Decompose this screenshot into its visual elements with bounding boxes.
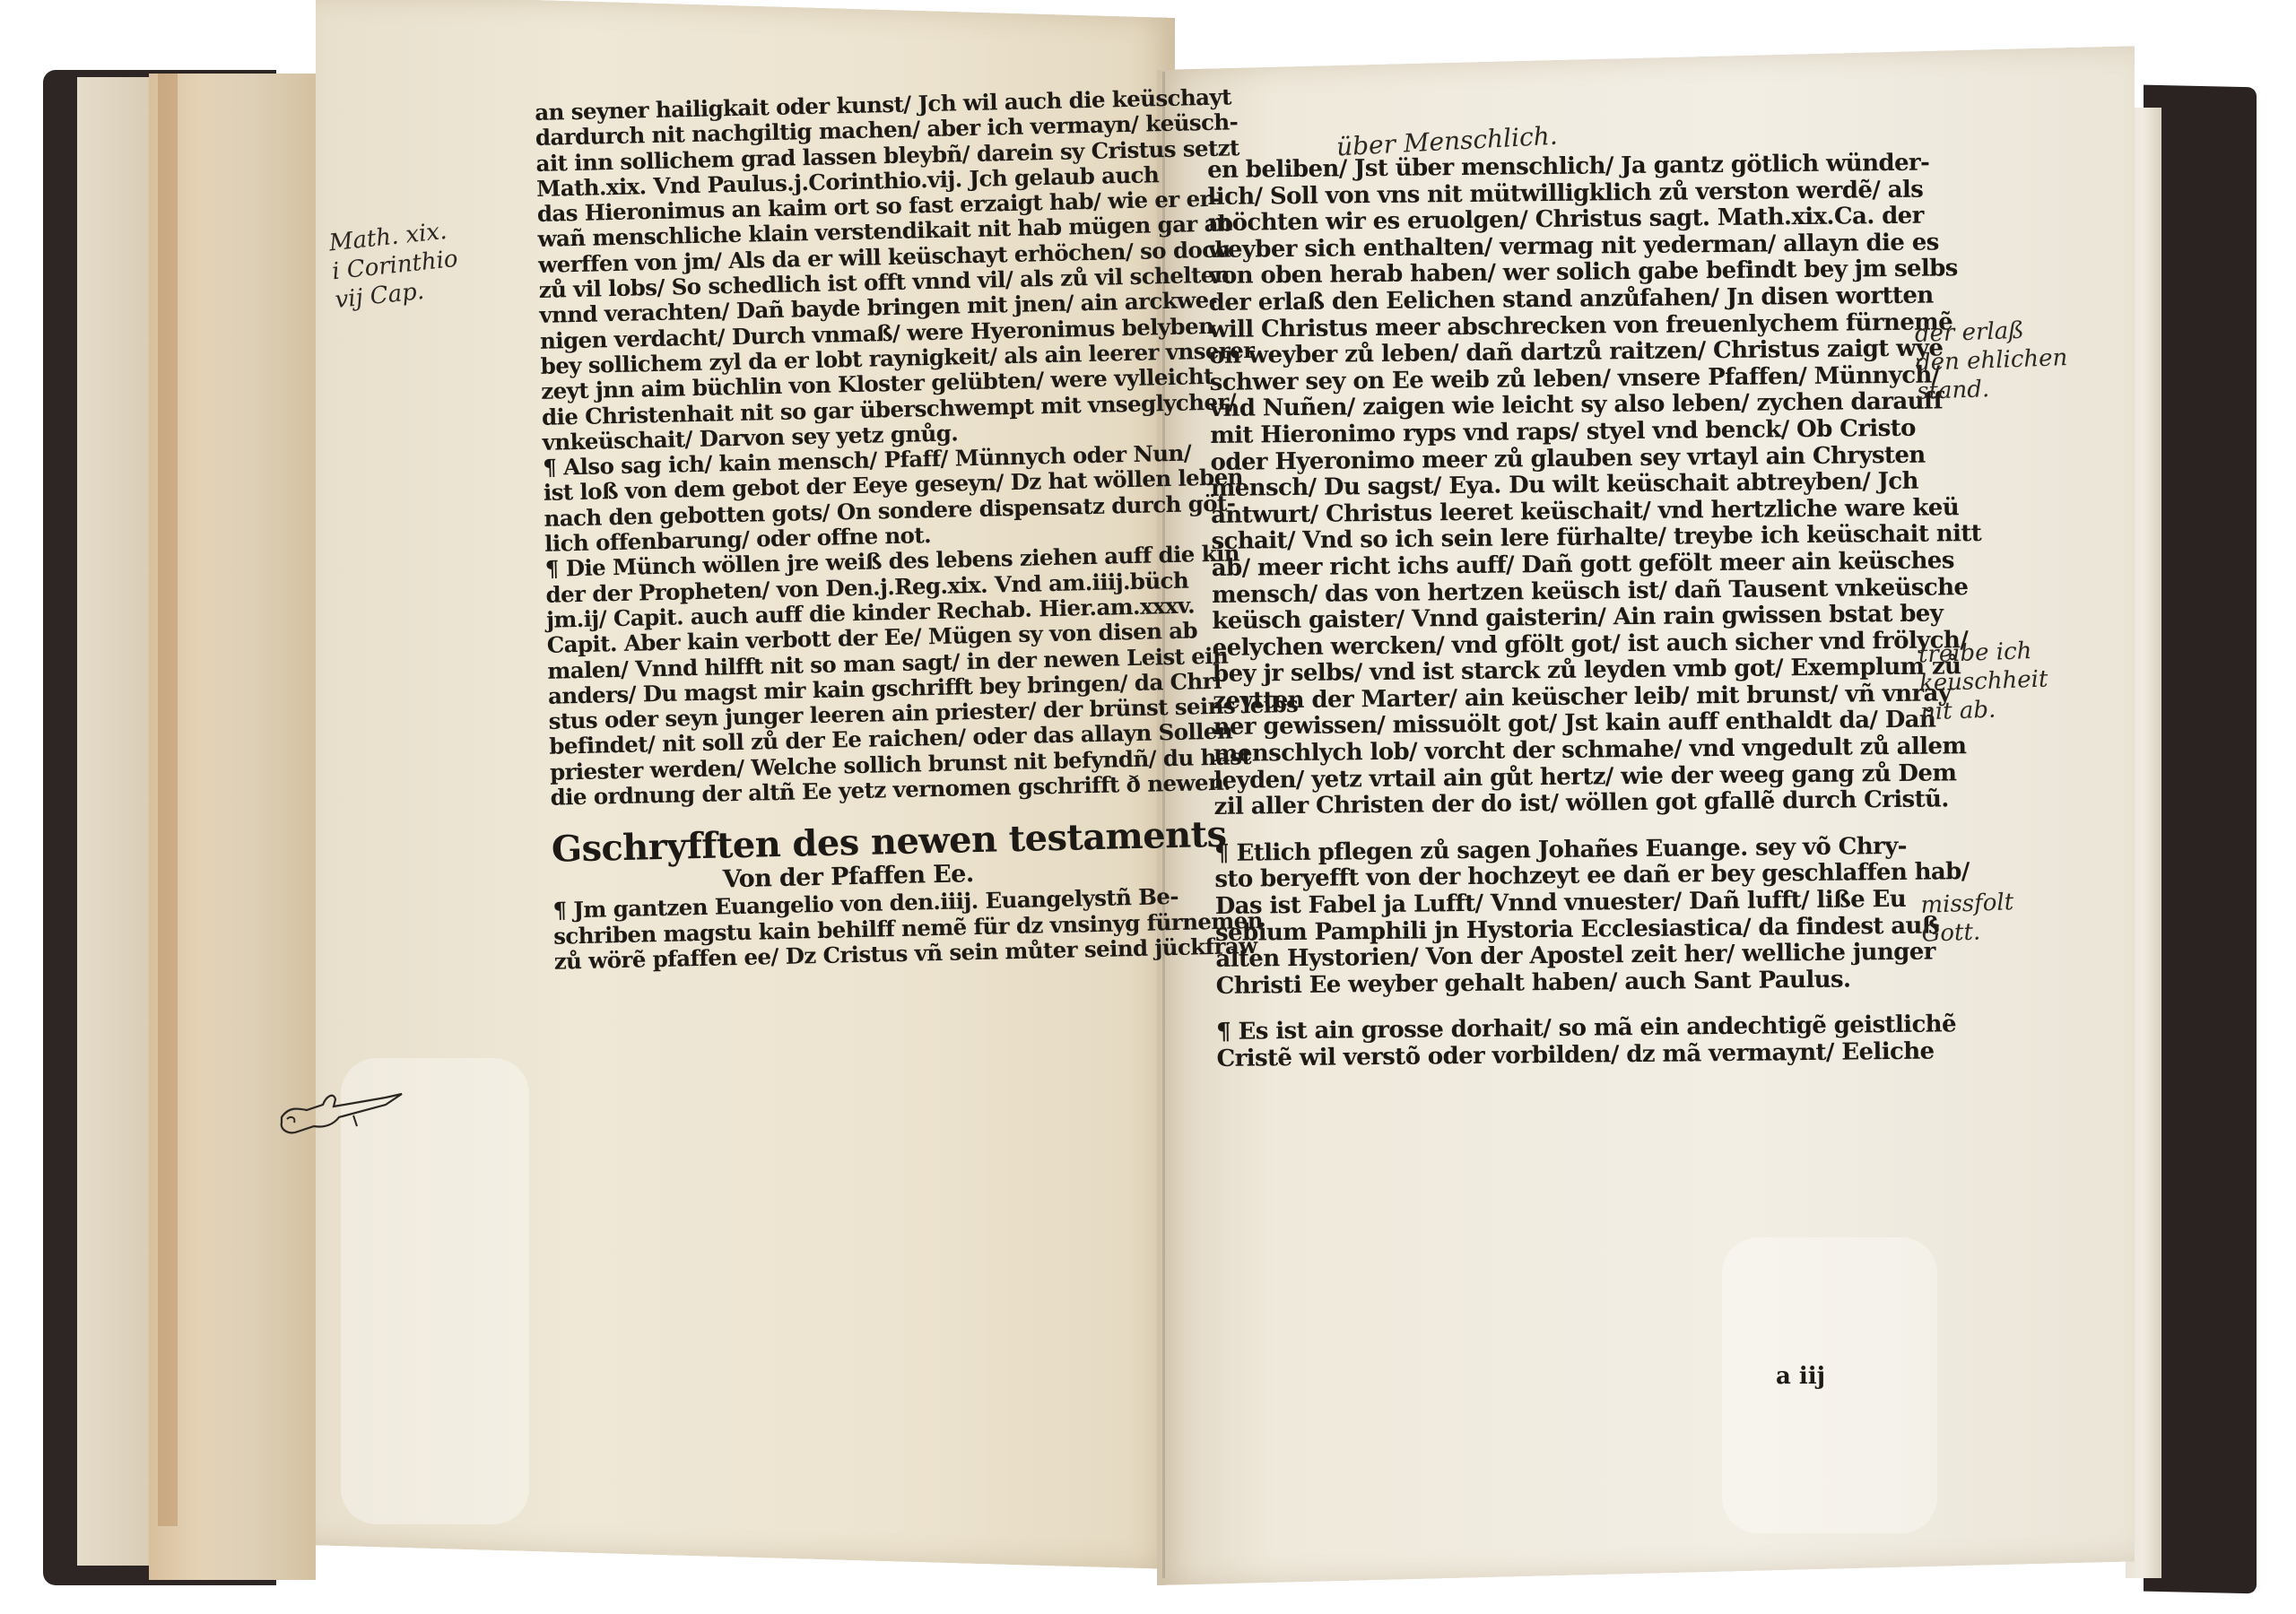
marginal-note-right-2: treibe ich keuschheit nit ab. xyxy=(1918,637,2049,727)
note-line: treibe ich xyxy=(1918,637,2047,670)
water-stain xyxy=(158,74,178,1526)
note-line: stand. xyxy=(1917,372,2069,406)
note-line: den ehlichen xyxy=(1915,343,2067,377)
flyleaf-left xyxy=(77,77,149,1566)
right-page-text: en beliben/ Jst über menschlich/ Ja gant… xyxy=(1207,151,1909,1073)
marginal-note-left: Math. xix. i Corinthio vij Cap. xyxy=(327,216,462,315)
left-page-text: an seyner hailigkait oder kunst/ Jch wil… xyxy=(535,87,1146,975)
marginal-note-right-1: der erlaß den ehlichen stand. xyxy=(1914,315,2068,406)
signature-mark: a iij xyxy=(1776,1363,1825,1390)
note-line: Gott. xyxy=(1921,916,2015,949)
manicule-pointing-hand-icon xyxy=(271,1072,405,1144)
paper-stain-right xyxy=(1722,1237,1937,1533)
marginal-note-right-3: missfolt Gott. xyxy=(1920,888,2015,949)
note-line: missfolt xyxy=(1920,888,2014,920)
note-line: keuschheit xyxy=(1918,665,2048,699)
pastedown-left xyxy=(149,74,316,1580)
note-line: nit ab. xyxy=(1920,693,2049,726)
